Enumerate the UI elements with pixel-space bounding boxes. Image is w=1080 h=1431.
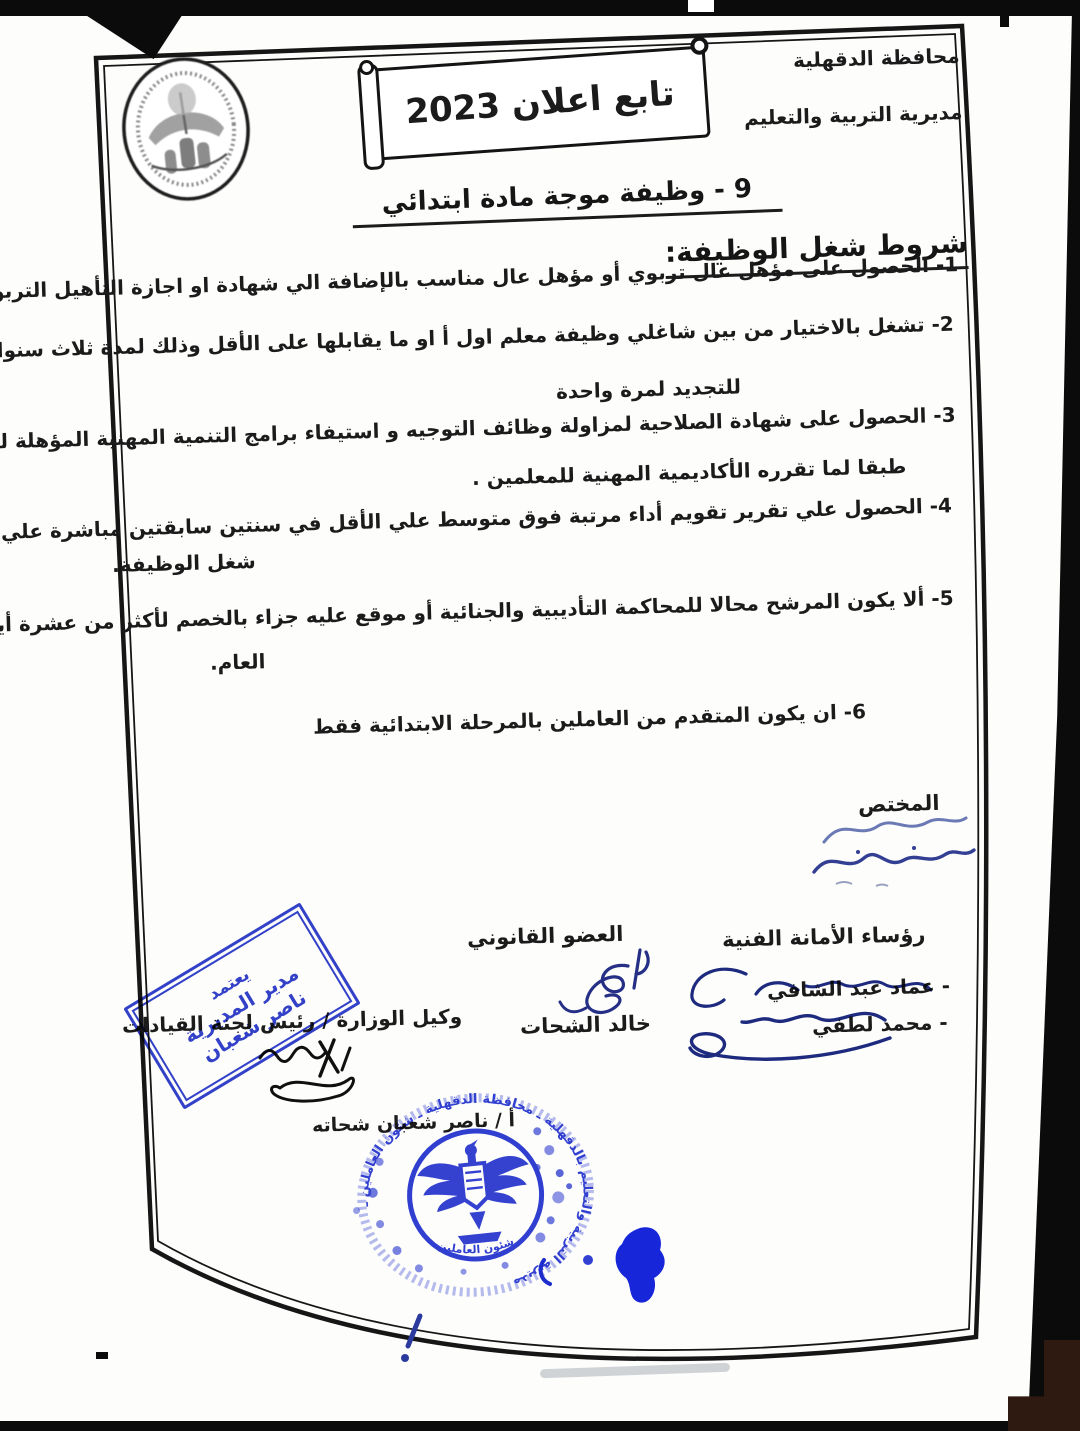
- eagle-icon: [414, 1134, 536, 1248]
- specialist-signature: [806, 806, 986, 890]
- ink-specks: [530, 1240, 610, 1300]
- scan-mark-topright: [1000, 0, 1009, 27]
- condition-5-line2: العام.: [210, 649, 266, 675]
- scan-edge-top-gap: [688, 0, 714, 12]
- ministry-logo: [111, 47, 262, 210]
- scanned-document-page: محافظة الدقهلية مديرية التربية والتعليم …: [0, 0, 1080, 1431]
- ink-blot: [610, 1224, 674, 1316]
- scan-mark-bottomleft: [96, 1352, 108, 1359]
- scan-edge-bottom: [0, 1421, 1080, 1431]
- scan-edge-right: [1020, 0, 1080, 1431]
- governorate-name: محافظة الدقهلية: [793, 44, 960, 73]
- handwritten-date-scribble: [250, 1030, 370, 1108]
- exclamation-ink-mark: [396, 1312, 430, 1364]
- member-2-signature: [680, 998, 900, 1082]
- condition-4-line2: شغل الوظيفة.: [112, 549, 256, 577]
- legal-member-name: خالد الشحات: [520, 1011, 652, 1039]
